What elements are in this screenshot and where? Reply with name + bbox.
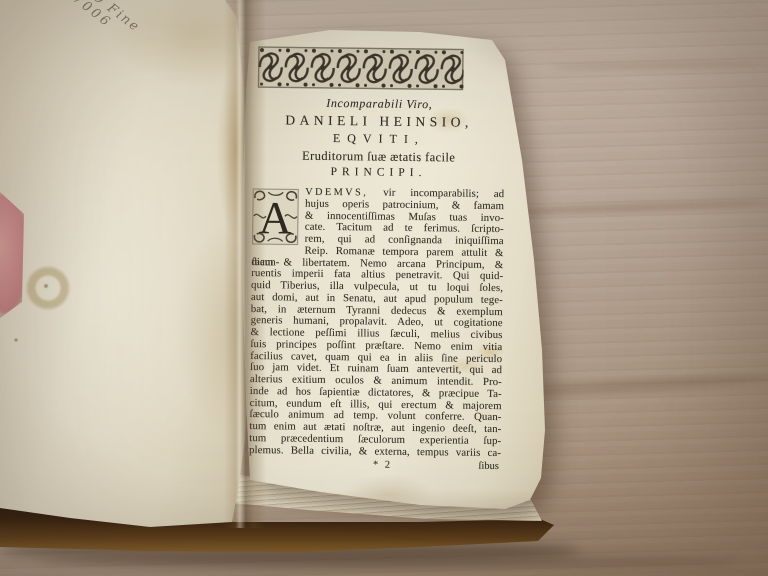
pencil-annotation: O Fine 7006 xyxy=(81,0,142,47)
dropcap-initial: A xyxy=(252,188,300,246)
left-blank-page: O Fine 7006 xyxy=(0,0,260,535)
dedication-rank: PRINCIPI. xyxy=(252,165,504,181)
dedication-salutation: Incomparabili Viro, xyxy=(253,95,505,112)
opening-capitals: VDEMVS, xyxy=(305,187,368,199)
dedication-title: EQVITI, xyxy=(253,130,505,147)
signature-mark: * 2 xyxy=(373,460,392,471)
dedication-name: DANIELI HEINSIO, xyxy=(253,112,505,131)
body-paragraph: A VDEMVS, vir incomparabilis; ad hujus o… xyxy=(249,186,504,459)
open-book: O Fine 7006 xyxy=(0,0,768,576)
printed-text-block: Incomparabili Viro, DANIELI HEINSIO, EQV… xyxy=(249,46,506,474)
headpiece-ornament xyxy=(257,46,463,91)
dedication-subtitle: Eruditorum ſuæ ætatis facile xyxy=(253,148,505,166)
catchword: ſibus xyxy=(478,461,499,472)
body-line: plemus. Bella civilia, & externa, tempus… xyxy=(249,444,501,459)
photo-of-open-book: O Fine 7006 xyxy=(0,0,768,576)
svg-text:A: A xyxy=(258,192,292,243)
